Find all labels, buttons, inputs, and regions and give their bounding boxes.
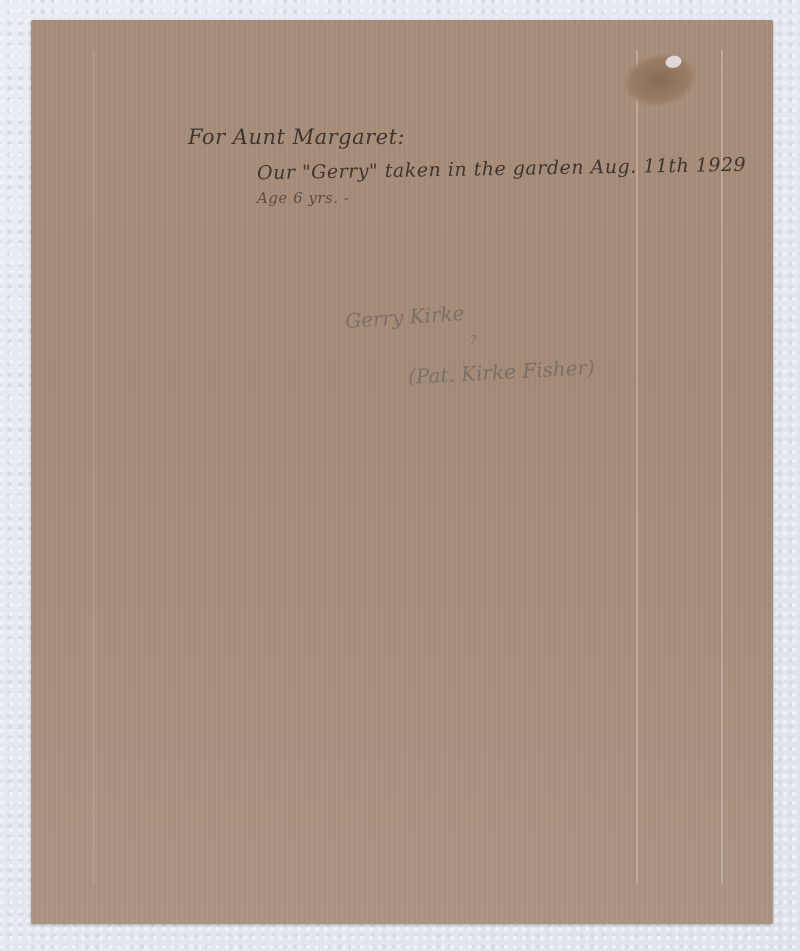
inscription-line-3: Age 6 yrs. - <box>257 189 349 207</box>
pencil-note-mark: ? <box>470 333 476 347</box>
crease-mark <box>93 50 95 884</box>
inscription-line-1: For Aunt Margaret: <box>188 125 405 149</box>
